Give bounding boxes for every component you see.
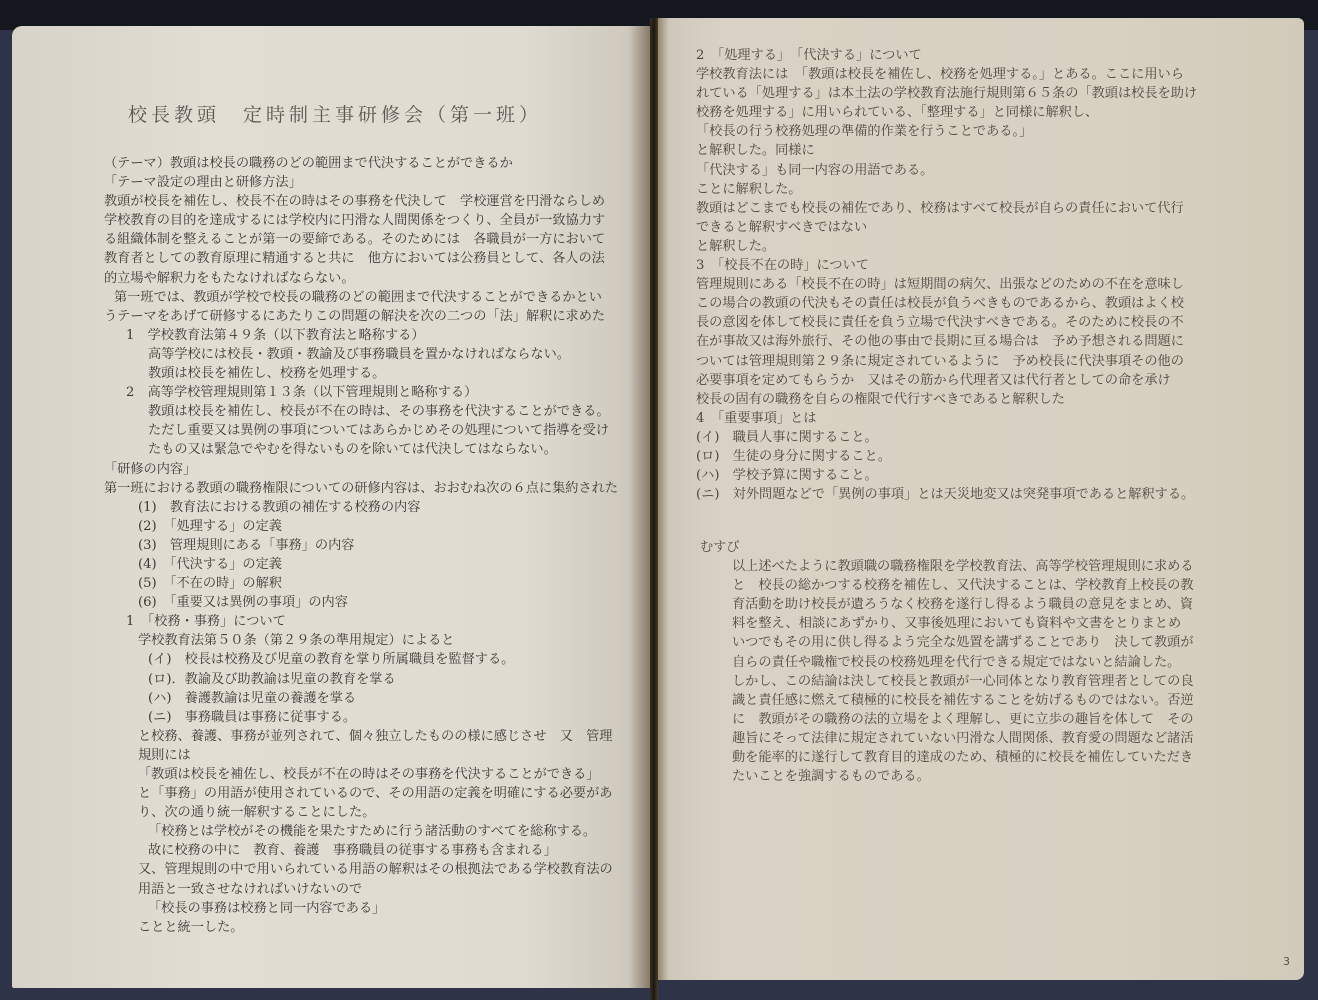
text-line: 「校務とは学校がその機能を果たすために行う諸活動のすべてを総称する。 bbox=[104, 822, 618, 841]
text-line: れている「処理する」は本土法の学校教育法施行規則第６５条の「教頭は校長を助け bbox=[696, 84, 1197, 103]
text-line: (6) 「重要又は異例の事項」の内容 bbox=[104, 593, 618, 612]
text-line: 趣旨にそって法律に規定されていない円滑な人間関係、教育愛の問題など諸活 bbox=[732, 729, 1194, 748]
page-number: 3 bbox=[1283, 955, 1290, 968]
text-line: (ニ) 事務職員は事務に従事する。 bbox=[104, 708, 618, 727]
text-line: (4) 「代決する」の定義 bbox=[104, 555, 618, 574]
text-line: と解釈した。 bbox=[696, 237, 1197, 256]
text-line: 教育者としての教育原理に精通すると共に 他方においては公務員として、各人の法 bbox=[104, 249, 618, 268]
text-line: 1 学校教育法第４９条（以下教育法と略称する） bbox=[104, 326, 618, 345]
text-line: (ニ) 対外問題などで「異例の事項」とは天災地変又は突発事項であると解釈する。 bbox=[696, 485, 1197, 504]
text-line: 「テーマ設定の理由と研修方法」 bbox=[104, 173, 618, 192]
text-line: る組織体制を整えることが第一の要締である。そのためには 各職員が一方において bbox=[104, 230, 618, 249]
text-line: ことと統一した。 bbox=[104, 918, 618, 937]
text-line: と 校長の総かつする校務を補佐し、又代決することは、学校教育上校長の教 bbox=[732, 576, 1194, 595]
text-line: できると解釈すべきではない bbox=[696, 218, 1197, 237]
text-line: と「事務」の用語が使用されているので、その用語の定義を明確にする必要があ bbox=[104, 784, 618, 803]
text-line: 又、管理規則の中で用いられている用語の解釈はその根拠法である学校教育法の bbox=[104, 860, 618, 879]
text-line: 的立場や解釈力をもたなければならない。 bbox=[104, 269, 618, 288]
text-line: この場合の教頭の代決もその責任は校長が負うべきものであるから、教頭はよく校 bbox=[696, 294, 1197, 313]
text-line: 育活動を助け校長が遺ろうなく校務を遂行し得るよう職員の意見をまとめ、資 bbox=[732, 595, 1194, 614]
text-line: 必要事項を定めてもらうか 又はその筋から代理者又は代行者としての命を承け bbox=[696, 371, 1197, 390]
text-line: (3) 管理規則にある「事務」の内容 bbox=[104, 536, 618, 555]
text-line: 4 「重要事項」とは bbox=[696, 409, 1197, 428]
text-line: 第一班では、教頭が学校で校長の職務のどの範囲まで代決することができるかとい bbox=[104, 288, 618, 307]
text-line: 学校教育の目的を達成するには学校内に円滑な人間関係をつくり、全員が一致協力す bbox=[104, 211, 618, 230]
document-title: 校長教頭 定時制主事研修会（第一班） bbox=[128, 100, 542, 127]
text-line: と解釈した。同様に bbox=[696, 141, 1197, 160]
text-line: (イ) 校長は校務及び児童の教育を掌り所属職員を監督する。 bbox=[104, 650, 618, 669]
left-page-body: （テーマ）教頭は校長の職務のどの範囲まで代決することができるか「テーマ設定の理由… bbox=[104, 154, 618, 937]
text-line: 学校教育法には 「教頭は校長を補佐し、校務を処理する。」とある。ここに用いら bbox=[696, 65, 1197, 84]
text-line: 学校教育法第５０条（第２９条の準用規定）によると bbox=[104, 631, 618, 650]
text-line: り、次の通り統一解釈することにした。 bbox=[104, 803, 618, 822]
text-line: 校務を処理する」に用いられている、「整理する」と同様に解釈し、 bbox=[696, 103, 1197, 122]
text-line: 「校長の事務は校務と同一内容である」 bbox=[104, 899, 618, 918]
text-line: 「教頭は校長を補佐し、校長が不在の時はその事務を代決することができる」 bbox=[104, 765, 618, 784]
text-line: 「研修の内容」 bbox=[104, 460, 618, 479]
text-line: 識と責任感に燃えて積極的に校長を補佐することを妨げるものではない。否逆 bbox=[732, 691, 1194, 710]
book-spine bbox=[650, 18, 658, 1000]
text-line: (1) 教育法における教頭の補佐する校務の内容 bbox=[104, 498, 618, 517]
text-line: ことに解釈した。 bbox=[696, 180, 1197, 199]
text-line: 2 高等学校管理規則第１３条（以下管理規則と略称する） bbox=[104, 383, 618, 402]
text-line: 故に校務の中に 教育、養護 事務職員の従事する事務も含まれる」 bbox=[104, 841, 618, 860]
text-line: 以上述べたように教頭職の職務権限を学校教育法、高等学校管理規則に求める bbox=[732, 557, 1194, 576]
text-line: うテーマをあげて研修するにあたりこの問題の解決を次の二つの「法」解釈に求めた bbox=[104, 307, 618, 326]
text-line: 管理規則にある「校長不在の時」は短期間の病欠、出張などのための不在を意味し bbox=[696, 275, 1197, 294]
text-line: （テーマ）教頭は校長の職務のどの範囲まで代決することができるか bbox=[104, 154, 618, 173]
conclusion-section: むすび 以上述べたように教頭職の職務権限を学校教育法、高等学校管理規則に求めると… bbox=[700, 538, 1194, 786]
text-line: (5) 「不在の時」の解釈 bbox=[104, 574, 618, 593]
text-line: (イ) 職員人事に関すること。 bbox=[696, 428, 1197, 447]
conclusion-heading: むすび bbox=[700, 538, 1194, 557]
text-line: (ロ) 生徒の身分に関すること。 bbox=[696, 447, 1197, 466]
text-line: 自らの責任や職権で校長の校務処理を代行できる規定ではないと結論した。 bbox=[732, 653, 1194, 672]
text-line: たもの又は緊急でやむを得ないものを除いては代決してはならない。 bbox=[104, 440, 618, 459]
text-line: (ハ) 学校予算に関すること。 bbox=[696, 466, 1197, 485]
text-line: いつでもその用に供し得るよう完全な処置を講ずることであり 決して教頭が bbox=[732, 633, 1194, 652]
text-line: 用語と一致させなければいけないので bbox=[104, 880, 618, 899]
text-line: 1 「校務・事務」について bbox=[104, 612, 618, 631]
text-line: しかし、この結論は決して校長と教頭が一心同体となり教育管理者としての良 bbox=[732, 672, 1194, 691]
text-line: 高等学校には校長・教頭・教諭及び事務職員を置かなければならない。 bbox=[104, 345, 618, 364]
text-line: ただし重要又は異例の事項についてはあらかじめその処理について指導を受け bbox=[104, 421, 618, 440]
text-line: 校長の固有の職務を自らの権限で代行すべきであると解釈した bbox=[696, 390, 1197, 409]
text-line: 在が事故又は海外旅行、その他の事由で長期に亘る場合は 予め予想される問題に bbox=[696, 332, 1197, 351]
text-line: 第一班における教頭の職務権限についての研修内容は、おおむね次の６点に集約された bbox=[104, 479, 618, 498]
text-line: 2 「処理する」 「代決する」について bbox=[696, 46, 1197, 65]
text-line: (ハ) 養護教諭は児童の養護を掌る bbox=[104, 689, 618, 708]
right-page-body: 2 「処理する」 「代決する」について学校教育法には 「教頭は校長を補佐し、校務… bbox=[696, 46, 1197, 504]
text-line: 教頭はどこまでも校長の補佐であり、校務はすべて校長が自らの責任において代行 bbox=[696, 199, 1197, 218]
text-line: 教頭は校長を補佐し、校長が不在の時は、その事務を代決することができる。 bbox=[104, 402, 618, 421]
text-line: 動を能率的に遂行して教育目的達成のため、積極的に校長を補佐していただき bbox=[732, 748, 1194, 767]
text-line: 長の意図を体して校長に責任を負う立場で代決すべきである。そのために校長の不 bbox=[696, 313, 1197, 332]
text-line: 料を整え、相談にあずかり、又事後処理においても資料や文書をとりまとめ bbox=[732, 614, 1194, 633]
text-line: に 教頭がその職務の法的立場をよく理解し、更に立歩の趣旨を体して その bbox=[732, 710, 1194, 729]
text-line: 3 「校長不在の時」について bbox=[696, 256, 1197, 275]
text-line: ついては管理規則第２９条に規定されているように 予め校長に代決事項その他の bbox=[696, 352, 1197, 371]
text-line: 「代決する」も同一内容の用語である。 bbox=[696, 161, 1197, 180]
text-line: 教頭が校長を補佐し、校長不在の時はその事務を代決して 学校運営を円滑ならしめ bbox=[104, 192, 618, 211]
text-line: と校務、養護、事務が並列されて、個々独立したものの様に感じさせ 又 管理 bbox=[104, 727, 618, 746]
text-line: (2) 「処理する」の定義 bbox=[104, 517, 618, 536]
text-line: 規則には bbox=[104, 746, 618, 765]
conclusion-body: 以上述べたように教頭職の職務権限を学校教育法、高等学校管理規則に求めると 校長の… bbox=[700, 557, 1194, 786]
text-line: たいことを強調するものである。 bbox=[732, 767, 1194, 786]
text-line: (ロ)．教諭及び助教諭は児童の教育を掌る bbox=[104, 670, 618, 689]
text-line: 「校長の行う校務処理の準備的作業を行うことである。」 bbox=[696, 122, 1197, 141]
text-line: 教頭は校長を補佐し、校務を処理する。 bbox=[104, 364, 618, 383]
